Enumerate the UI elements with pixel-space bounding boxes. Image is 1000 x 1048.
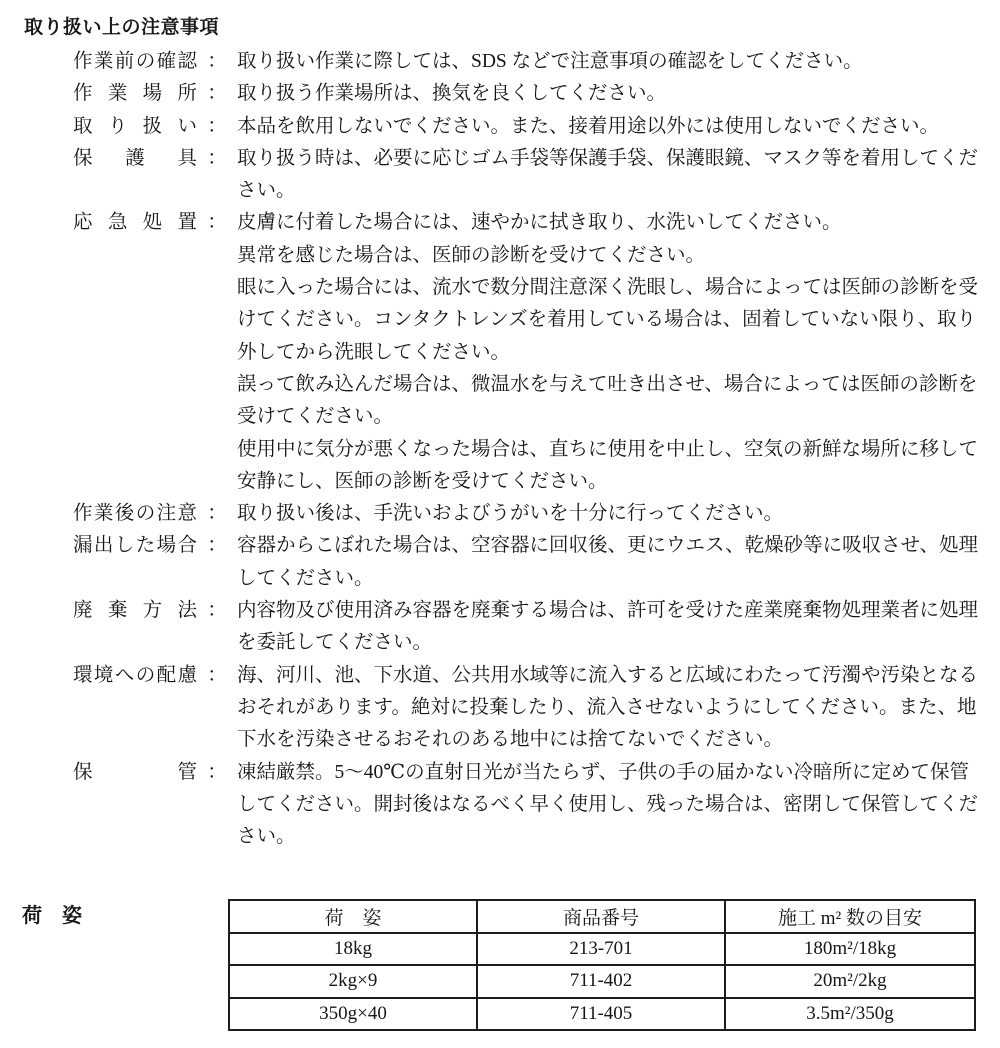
precaution-label: 保管	[73, 757, 197, 789]
precaution-colon: ：	[197, 207, 237, 239]
precaution-label: 漏出した場合	[73, 530, 197, 562]
precaution-text-line: 取り扱う作業場所は、換気を良くしてください。	[237, 78, 1000, 110]
packaging-table-cell: 3.5m²/350g	[725, 998, 975, 1031]
precaution-text-line: 皮膚に付着した場合には、速やかに拭き取り、水洗いしてください。	[237, 207, 1000, 239]
precaution-label: 応急処置	[73, 207, 197, 239]
precaution-text-line: 凍結厳禁。5～40℃の直射日光が当たらず、子供の手の届かない冷暗所に定めて保管	[237, 757, 1000, 789]
precaution-colon: ：	[197, 660, 237, 692]
precaution-text: 内容物及び使用済み容器を廃棄する場合は、許可を受けた産業廃棄物処理業者に処理を委…	[237, 595, 1000, 660]
precaution-item: 廃棄方法：内容物及び使用済み容器を廃棄する場合は、許可を受けた産業廃棄物処理業者…	[0, 595, 1000, 660]
precaution-item: 環境への配慮：海、河川、池、下水道、公共用水域等に流入すると広域にわたって汚濁や…	[0, 660, 1000, 757]
precaution-text: 凍結厳禁。5～40℃の直射日光が当たらず、子供の手の届かない冷暗所に定めて保管し…	[237, 757, 1000, 854]
precaution-text-line: 外してから洗眼してください。	[237, 337, 1000, 369]
precaution-text-line: 容器からこぼれた場合は、空容器に回収後、更にウエス、乾燥砂等に吸収させ、処理	[237, 530, 1000, 562]
precaution-colon: ：	[197, 757, 237, 789]
packaging-table-row: 18kg213-701180m²/18kg	[229, 933, 975, 966]
packaging-table-cell: 350g×40	[229, 998, 477, 1031]
precaution-text: 皮膚に付着した場合には、速やかに拭き取り、水洗いしてください。異常を感じた場合は…	[237, 207, 1000, 498]
precaution-text-line: してください。開封後はなるべく早く使用し、残った場合は、密閉して保管してくだ	[237, 789, 1000, 821]
precautions-list: 作業前の確認：取り扱い作業に際しては、SDS などで注意事項の確認をしてください…	[0, 46, 1000, 853]
precaution-text-line: を委託してください。	[237, 627, 1000, 659]
precaution-text-line: 下水を汚染させるおそれのある地中には捨てないでください。	[237, 724, 1000, 756]
precaution-text: 取り扱う時は、必要に応じゴム手袋等保護手袋、保護眼鏡、マスク等を着用してください…	[237, 143, 1000, 208]
precaution-label: 作業場所	[73, 78, 197, 110]
packaging-table: 荷 姿商品番号施工 m² 数の目安 18kg213-701180m²/18kg2…	[228, 899, 976, 1031]
precaution-text-line: さい。	[237, 175, 1000, 207]
precaution-text-line: 誤って飲み込んだ場合は、微温水を与えて吐き出させ、場合によっては医師の診断を	[237, 369, 1000, 401]
document-page: 取り扱い上の注意事項 作業前の確認：取り扱い作業に際しては、SDS などで注意事…	[0, 0, 1000, 1048]
precaution-item: 作業前の確認：取り扱い作業に際しては、SDS などで注意事項の確認をしてください…	[0, 46, 1000, 78]
precaution-label: 環境への配慮	[73, 660, 197, 692]
precaution-item: 応急処置：皮膚に付着した場合には、速やかに拭き取り、水洗いしてください。異常を感…	[0, 207, 1000, 498]
precaution-text-line: おそれがあります。絶対に投棄したり、流入させないようにしてください。また、地	[237, 692, 1000, 724]
precaution-text-line: 取り扱い後は、手洗いおよびうがいを十分に行ってください。	[237, 498, 1000, 530]
precaution-label: 廃棄方法	[73, 595, 197, 627]
packaging-table-cell: 180m²/18kg	[725, 933, 975, 966]
precaution-item: 保護具：取り扱う時は、必要に応じゴム手袋等保護手袋、保護眼鏡、マスク等を着用して…	[0, 143, 1000, 208]
precaution-text-line: 使用中に気分が悪くなった場合は、直ちに使用を中止し、空気の新鮮な場所に移して	[237, 434, 1000, 466]
precaution-item: 漏出した場合：容器からこぼれた場合は、空容器に回収後、更にウエス、乾燥砂等に吸収…	[0, 530, 1000, 595]
precaution-text-line: 取り扱い作業に際しては、SDS などで注意事項の確認をしてください。	[237, 46, 1000, 78]
precaution-text-line: 眼に入った場合には、流水で数分間注意深く洗眼し、場合によっては医師の診断を受	[237, 272, 1000, 304]
precaution-text-line: 取り扱う時は、必要に応じゴム手袋等保護手袋、保護眼鏡、マスク等を着用してくだ	[237, 143, 1000, 175]
precaution-item: 取り扱い：本品を飲用しないでください。また、接着用途以外には使用しないでください…	[0, 111, 1000, 143]
precaution-colon: ：	[197, 78, 237, 110]
packaging-table-header-cell: 商品番号	[477, 900, 725, 933]
precaution-colon: ：	[197, 143, 237, 175]
page-title: 取り扱い上の注意事項	[24, 12, 219, 39]
precaution-item: 作業場所：取り扱う作業場所は、換気を良くしてください。	[0, 78, 1000, 110]
precaution-text: 本品を飲用しないでください。また、接着用途以外には使用しないでください。	[237, 111, 1000, 143]
packaging-table-cell: 2kg×9	[229, 965, 477, 998]
precaution-text-line: さい。	[237, 821, 1000, 853]
precaution-text-line: してください。	[237, 563, 1000, 595]
precaution-text: 取り扱い後は、手洗いおよびうがいを十分に行ってください。	[237, 498, 1000, 530]
packaging-table-cell: 18kg	[229, 933, 477, 966]
precaution-label: 作業前の確認	[73, 46, 197, 78]
precaution-item: 作業後の注意：取り扱い後は、手洗いおよびうがいを十分に行ってください。	[0, 498, 1000, 530]
precaution-text-line: けてください。コンタクトレンズを着用している場合は、固着していない限り、取り	[237, 304, 1000, 336]
precaution-text-line: 安静にし、医師の診断を受けてください。	[237, 466, 1000, 498]
precaution-colon: ：	[197, 46, 237, 78]
packaging-table-header-row: 荷 姿商品番号施工 m² 数の目安	[229, 900, 975, 933]
precaution-colon: ：	[197, 111, 237, 143]
packaging-table-cell: 711-402	[477, 965, 725, 998]
precaution-label: 作業後の注意	[73, 498, 197, 530]
packaging-table-header-cell: 施工 m² 数の目安	[725, 900, 975, 933]
precaution-text: 取り扱う作業場所は、換気を良くしてください。	[237, 78, 1000, 110]
precaution-text: 容器からこぼれた場合は、空容器に回収後、更にウエス、乾燥砂等に吸収させ、処理して…	[237, 530, 1000, 595]
packaging-table-cell: 20m²/2kg	[725, 965, 975, 998]
precaution-text-line: 内容物及び使用済み容器を廃棄する場合は、許可を受けた産業廃棄物処理業者に処理	[237, 595, 1000, 627]
precaution-colon: ：	[197, 595, 237, 627]
packaging-table-header-cell: 荷 姿	[229, 900, 477, 933]
precaution-text-line: 受けてください。	[237, 401, 1000, 433]
precaution-text-line: 異常を感じた場合は、医師の診断を受けてください。	[237, 240, 1000, 272]
packaging-section-label: 荷 姿	[22, 901, 82, 931]
precaution-item: 保管：凍結厳禁。5～40℃の直射日光が当たらず、子供の手の届かない冷暗所に定めて…	[0, 757, 1000, 854]
precaution-colon: ：	[197, 530, 237, 562]
packaging-table-cell: 213-701	[477, 933, 725, 966]
precaution-label: 取り扱い	[73, 111, 197, 143]
packaging-table-cell: 711-405	[477, 998, 725, 1031]
precaution-colon: ：	[197, 498, 237, 530]
packaging-table-body: 18kg213-701180m²/18kg2kg×9711-40220m²/2k…	[229, 933, 975, 1031]
precaution-text-line: 本品を飲用しないでください。また、接着用途以外には使用しないでください。	[237, 111, 1000, 143]
packaging-table-row: 2kg×9711-40220m²/2kg	[229, 965, 975, 998]
precaution-text-line: 海、河川、池、下水道、公共用水域等に流入すると広域にわたって汚濁や汚染となる	[237, 660, 1000, 692]
packaging-table-row: 350g×40711-4053.5m²/350g	[229, 998, 975, 1031]
precaution-text: 取り扱い作業に際しては、SDS などで注意事項の確認をしてください。	[237, 46, 1000, 78]
precaution-text: 海、河川、池、下水道、公共用水域等に流入すると広域にわたって汚濁や汚染となるおそ…	[237, 660, 1000, 757]
precaution-label: 保護具	[73, 143, 197, 175]
